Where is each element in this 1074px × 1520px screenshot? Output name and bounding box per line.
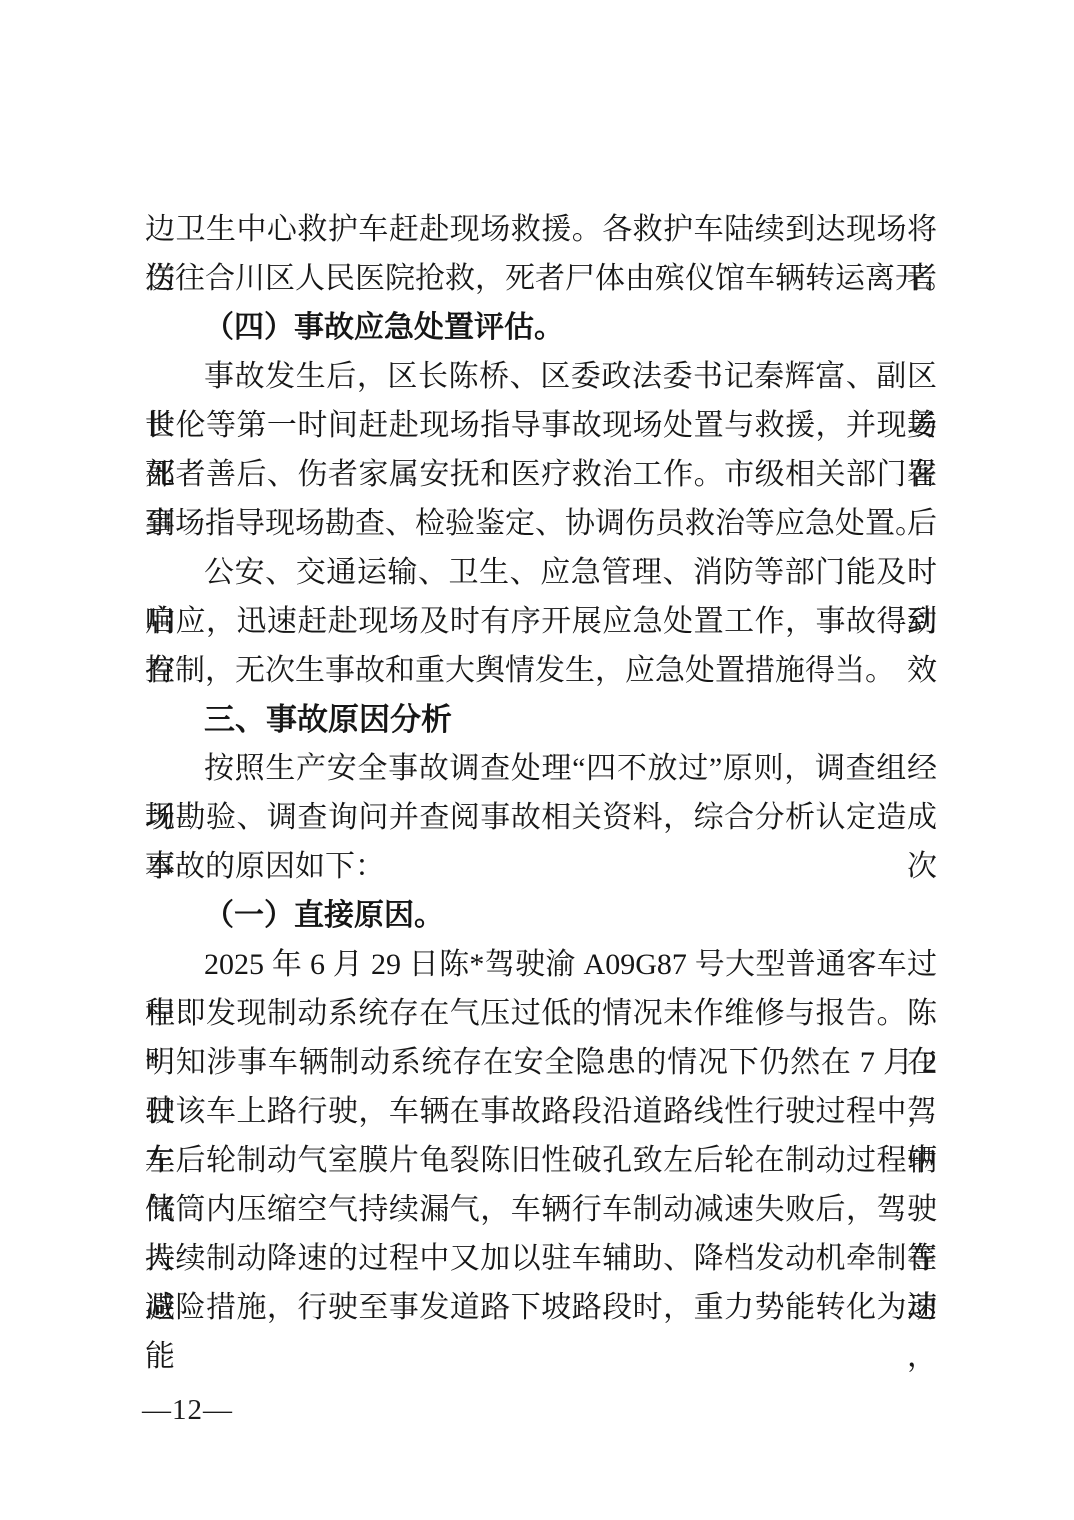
text-line: 送往合川区人民医院抢救，死者尸体由殡仪馆车辆转运离开。 <box>145 254 937 303</box>
text-line: 事故发生后，区长陈桥、区委政法委书记秦辉富、副区长姜 <box>145 352 937 401</box>
text-line: 避险措施，行驶至事发道路下坡路段时，重力势能转化为动能， <box>145 1283 937 1332</box>
text-line: 驶该车上路行驶，车辆在事故路段沿道路线性行驶过程中，车辆 <box>145 1087 937 1136</box>
text-line: 2025 年 6 月 29 日陈*驾驶渝 A09G87 号大型普通客车过程 <box>145 940 937 989</box>
text-line: 世伦等第一时间赶赴现场指导事故现场处置与救援，并现场部署 <box>145 401 937 450</box>
report-page-body: { "page": { "number_label": "—12—" }, "d… <box>0 0 1074 1520</box>
text-line: 左后轮制动气室膜片龟裂陈旧性破孔致左后轮在制动过程中储 <box>145 1136 937 1185</box>
text-line: 控制，无次生事故和重大舆情发生，应急处置措施得当。 <box>145 646 937 695</box>
text-line: 气筒内压缩空气持续漏气，车辆行车制动减速失败后，驾驶人在 <box>145 1185 937 1234</box>
document-page: 边卫生中心救护车赶赴现场救援。各救护车陆续到达现场将伤者送往合川区人民医院抢救，… <box>0 0 1074 1520</box>
heading-line: 三、事故原因分析 <box>145 695 937 744</box>
text-line: 中即发现制动系统存在气压过低的情况未作维修与报告。陈*在 <box>145 989 937 1038</box>
text-line: 公安、交通运输、卫生、应急管理、消防等部门能及时启动 <box>145 548 937 597</box>
heading-line: （一）直接原因。 <box>145 891 937 940</box>
text-line: 边卫生中心救护车赶赴现场救援。各救护车陆续到达现场将伤者 <box>145 205 937 254</box>
text-line: 死者善后、伤者家属安抚和医疗救治工作。市级相关部门在事后 <box>145 450 937 499</box>
text-line: 场勘验、调查询问并查阅事故相关资料，综合分析认定造成本次 <box>145 793 937 842</box>
page-number: —12— <box>142 1390 233 1430</box>
heading-line: （四）事故应急处置评估。 <box>145 303 937 352</box>
text-line: 持续制动降速的过程中又加以驻车辅助、降档发动机牵制等减速 <box>145 1234 937 1283</box>
text-line: 响应，迅速赶赴现场及时有序开展应急处置工作，事故得到有效 <box>145 597 937 646</box>
document-body: 边卫生中心救护车赶赴现场救援。各救护车陆续到达现场将伤者送往合川区人民医院抢救，… <box>145 205 937 1332</box>
text-line: 明知涉事车辆制动系统存在安全隐患的情况下仍然在 7 月 2 日驾 <box>145 1038 937 1087</box>
text-line: 到场指导现场勘查、检验鉴定、协调伤员救治等应急处置。 <box>145 499 937 548</box>
text-line: 按照生产安全事故调查处理“四不放过”原则，调查组经现 <box>145 744 937 793</box>
